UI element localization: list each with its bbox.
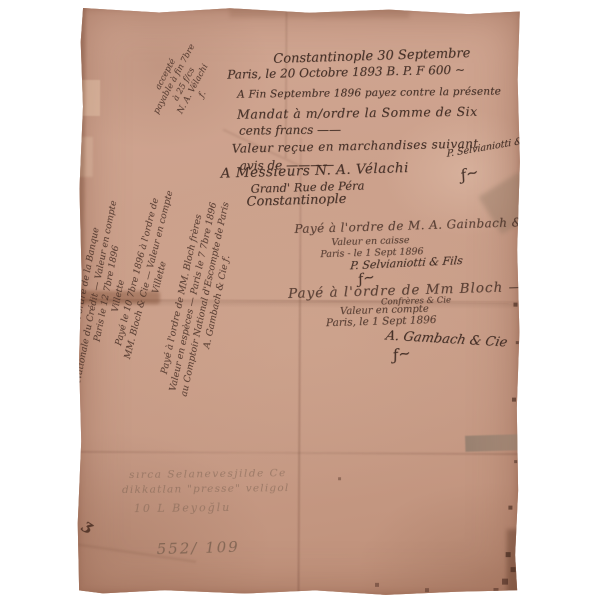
light-band-left [79,137,93,177]
top-edge-stain [229,8,409,19]
tape-residue-right [465,434,520,452]
pencil-note-1: sırca Selanevesjilde Ce [129,467,287,481]
fold-crease-horizontal-lower [77,451,519,455]
endorsement2-flourish: ƒ~ [391,344,412,365]
body-line-2: Mandat à m/ordre la Somme de Six [237,104,478,122]
body-line-4: Valeur reçue en marchandises suivant [232,136,479,155]
archive-number: 552/ 109 [156,538,240,558]
addressee-city: Constantinople [246,192,346,210]
pencil-note-2: dikkatlan "presse" veligol [122,482,290,496]
body-line-1: A Fin Septembre 1896 payez contre la pré… [237,85,501,100]
ink-squiggle-mark: ʒ [80,515,97,535]
pencil-note-3: 10 L Beyoğlu [134,501,232,515]
paper: Constantinople 30 Septembre Paris, le 20… [76,7,521,596]
edge-smear-right-bottom [506,529,518,595]
drawer-signature-flourish: ƒ~ [458,163,480,185]
scanned-document: Constantinople 30 Septembre Paris, le 20… [0,0,600,600]
ink-specks [80,7,81,8]
endorsement2-date-line: Paris, le 1 Sept 1896 [326,314,437,329]
body-line-3: cents francs —— [239,122,341,137]
endorsement1-order-line: Payé à l'ordre de M. A. Gainbach & Co [294,215,544,236]
